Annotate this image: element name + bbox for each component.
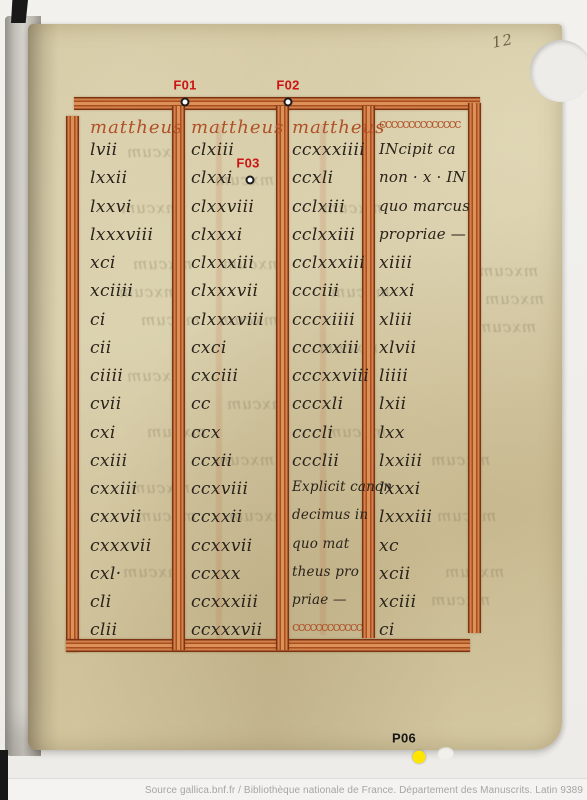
table-cell: ccxxxvii [191,620,284,648]
table-cell: ccxxvii [191,536,284,564]
incipit-rubric: INcipit canon · x · INquo marcuspropriae… [379,140,470,253]
marker-F03-label: F03 [236,156,259,171]
table-cell: ccx [191,423,284,451]
gutter-shadow [28,24,64,750]
marker-F01-label: F01 [173,78,196,93]
explicit-colophon: Explicit canondecimus inquo mattheus pro… [292,479,392,620]
table-cell: cxi [90,423,183,451]
table-cell: liiii [379,366,470,394]
incipit-line: non · x · IN [379,168,470,196]
table-cell: cccxxviii [292,366,392,394]
table-cell: ccxviii [191,479,284,507]
table-cell: clxxxviii [191,310,284,338]
table-cell: xciii [379,592,470,620]
colophon-line: theus pro [292,564,392,592]
incipit-line: quo marcus [379,197,470,225]
table-cell: lxxvi [90,197,183,225]
marker-F02-point[interactable] [284,98,293,107]
table-cell: cxiii [90,451,183,479]
table-cell: clii [90,620,183,648]
parchment-notch [530,40,587,102]
table-cell: ci [379,620,470,648]
table-cell: xciiii [90,281,183,309]
marker-P06-label: P06 [392,731,416,746]
table-cell: xiiii [379,253,470,281]
table-cell: ccxxxiii [191,592,284,620]
table-cell: clxxi [191,168,284,196]
table-cell: cli [90,592,183,620]
marker-P06-point[interactable] [413,751,426,764]
colophon-line: Explicit canon [292,479,392,507]
table-cell: lxxxviii [90,225,183,253]
manuscript-viewer: 12 mattheus lviilxxiilxxvilxxxviiixcixci… [0,0,587,800]
table-cell: xliii [379,310,470,338]
canon-column-1-header: mattheus [90,117,183,140]
binding-strap-bottom [0,750,8,800]
table-cell: ccxxxiiii [292,140,392,168]
caption-bar: Source gallica.bnf.fr / Bibliothèque nat… [0,778,587,800]
marker-F02-label: F02 [276,78,299,93]
parchment-hole [436,746,455,761]
table-cell: xlvii [379,338,470,366]
marker-F03-point[interactable] [246,176,255,185]
table-cell: cvii [90,394,183,422]
table-cell: xcii [379,564,470,592]
canon-column-3: mattheus ccxxxiiiiccxlicclxiiicclxxiiicc… [292,117,392,649]
table-cell: ccxli [292,168,392,196]
canon-column-1-rows: lviilxxiilxxvilxxxviiixcixciiiiciciiciii… [90,140,183,649]
table-cell: clxxviii [191,197,284,225]
binding-strap-top [11,0,28,23]
table-cell: cxxiii [90,479,183,507]
table-cell: cccxli [292,394,392,422]
colophon-line: quo mat [292,536,392,564]
incipit-line: INcipit ca [379,140,470,168]
table-cell: cxl· [90,564,183,592]
table-cell: clxxxvii [191,281,284,309]
table-cell: xci [90,253,183,281]
canon-column-2-header: mattheus [191,117,284,140]
table-cell: cccxiiii [292,310,392,338]
table-cell: cxxvii [90,507,183,535]
table-cell: lxxii [90,168,183,196]
table-cell: cclxxiii [292,225,392,253]
table-cell: cclxiii [292,197,392,225]
colophon-line: priae — [292,592,392,620]
canon-column-4-header-ornament: cccccccccccccc [379,117,470,140]
canon-column-3-rows: ccxxxiiiiccxlicclxiiicclxxiiicclxxxiiicc… [292,140,392,479]
table-cell: cxci [191,338,284,366]
table-cell: lvii [90,140,183,168]
table-cell: cii [90,338,183,366]
table-cell: ccclii [292,451,392,479]
table-cell: xc [379,536,470,564]
table-cell: ciiii [90,366,183,394]
table-cell: ccciii [292,281,392,309]
table-cell: clxxxi [191,225,284,253]
table-cell: cxciii [191,366,284,394]
show-through-text: mxcum [478,262,538,280]
table-cell: ccxii [191,451,284,479]
show-through-text: mxcum [484,290,544,308]
table-cell: cc [191,394,284,422]
canon-column-3-header: mattheus [292,117,392,140]
table-cell: cxxxvii [90,536,183,564]
canon-column-4: cccccccccccccc INcipit canon · x · INquo… [379,117,470,649]
table-cell: cccxxiii [292,338,392,366]
caption-text: Source gallica.bnf.fr / Bibliothèque nat… [145,785,587,796]
incipit-line: propriae — [379,225,470,253]
table-cell: ccxxii [191,507,284,535]
marker-F01-point[interactable] [181,98,190,107]
table-cell: cclxxxiii [292,253,392,281]
table-cell: lxx [379,423,470,451]
table-cell: ci [90,310,183,338]
table-cell: lxxxi [379,479,470,507]
canon-column-1: mattheus lviilxxiilxxvilxxxviiixcixciiii… [90,117,183,649]
table-cell: ccxxx [191,564,284,592]
table-cell: lxxxiii [379,507,470,535]
show-through-text: mxcum [476,318,536,336]
canon-column-2: mattheus clxiiiclxxiclxxviiiclxxxiclxxxi… [191,117,284,649]
colophon-line: decimus in [292,507,392,535]
canon-column-4-rows: xiiiixxxixliiixlviiliiiilxiilxxlxxiiilxx… [379,253,470,649]
table-cell: lxii [379,394,470,422]
table-cell: cccli [292,423,392,451]
table-cell: lxxiii [379,451,470,479]
canon-column-2-rows: clxiiiclxxiclxxviiiclxxxiclxxxiiiclxxxvi… [191,140,284,649]
table-cell: xxxi [379,281,470,309]
canon-frame-left [66,116,79,652]
table-cell: clxxxiii [191,253,284,281]
end-squiggle-ornament: cccccccccccc [292,620,392,648]
